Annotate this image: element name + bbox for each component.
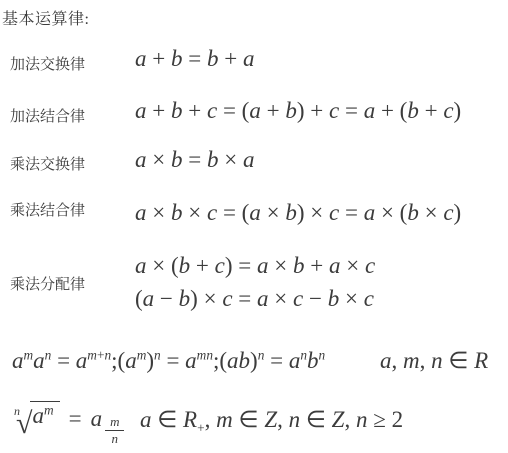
fraction-numerator: m — [105, 415, 124, 431]
law-label-multiplication-commutative: 乘法交换律 — [10, 153, 85, 174]
formula-distributive-expand: a × (b + c) = a × b + a × c — [135, 253, 375, 279]
formula-distributive-factor: (a − b) × c = a × c − b × c — [135, 286, 374, 312]
radicand: am — [30, 401, 59, 429]
root-base: a — [91, 406, 103, 431]
exponent-rules-condition: a, m, n ∈ R — [380, 348, 488, 374]
page-title: 基本运算律: — [2, 6, 89, 29]
fraction-denominator: n — [112, 431, 119, 446]
fraction-exponent: mn — [105, 415, 124, 447]
law-label-addition-commutative: 加法交换律 — [10, 53, 85, 74]
law-label-multiplication-distributive: 乘法分配律 — [10, 273, 85, 294]
law-label-multiplication-associative: 乘法结合律 — [10, 199, 85, 220]
law-label-addition-associative: 加法结合律 — [10, 105, 85, 126]
formula-addition-associative: a + b + c = (a + b) + c = a + (b + c) — [135, 98, 461, 124]
formula-exponent-rules: aman = am+n;(am)n = amn;(ab)n = anbn — [12, 348, 325, 374]
formula-addition-commutative: a + b = b + a — [135, 46, 254, 72]
formula-multiplication-commutative: a × b = b × a — [135, 147, 254, 173]
nth-root-condition: a ∈ R+, m ∈ Z, n ∈ Z, n ≥ 2 — [140, 407, 403, 433]
formula-multiplication-associative: a × b × c = (a × b) × c = a × (b × c) — [135, 200, 461, 226]
formula-nth-root: n√am=amn — [14, 404, 124, 447]
equals-sign: = — [69, 406, 82, 431]
